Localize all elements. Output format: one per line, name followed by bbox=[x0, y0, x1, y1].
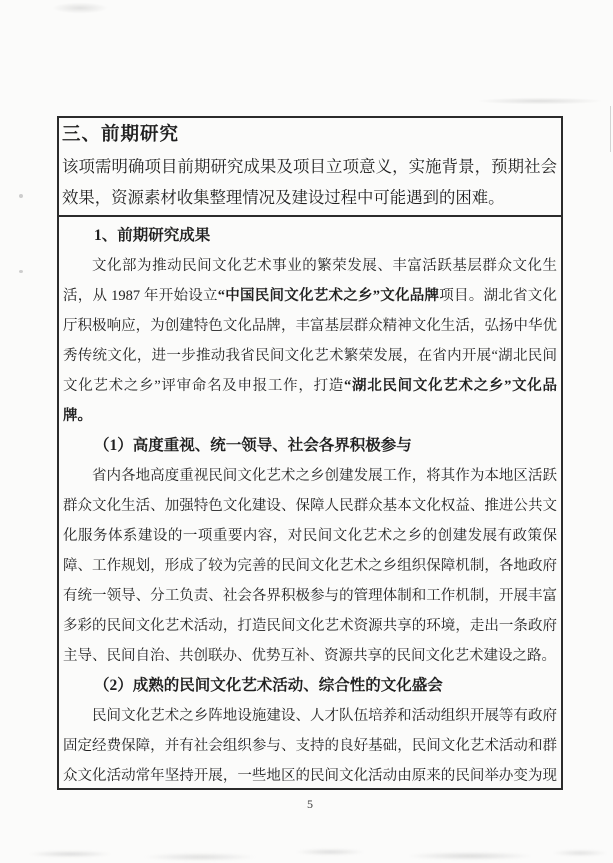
text-run: 民间文化艺术之乡阵地设施建设、人才队伍培养和活动组织开展等有政府固定经费保障，并… bbox=[63, 708, 557, 788]
body-paragraph: 民间文化艺术之乡阵地设施建设、人才队伍培养和活动组织开展等有政府固定经费保障，并… bbox=[63, 701, 557, 788]
subsection-heading: 1、前期研究成果 bbox=[63, 221, 557, 251]
section-body-cell: 1、前期研究成果文化部为推动民间文化艺术事业的繁荣发展、丰富活跃基层群众文化生活… bbox=[59, 217, 561, 788]
subsection-heading: （1）高度重视、统一领导、社会各界积极参与 bbox=[63, 431, 557, 461]
section-title: 三、前期研究 bbox=[62, 120, 557, 151]
section-note: 该项需明确项目前期研究成果及项目立项意义，实施背景，预期社会效果，资源素材收集整… bbox=[62, 151, 557, 213]
scan-artifact-speck bbox=[19, 270, 23, 273]
form-table: 三、前期研究 该项需明确项目前期研究成果及项目立项意义，实施背景，预期社会效果，… bbox=[57, 116, 563, 790]
subsection-heading: （2）成熟的民间文化艺术活动、综合性的文化盛会 bbox=[63, 671, 557, 701]
scan-artifact-speck bbox=[19, 194, 23, 198]
bold-text-run: “中国民间文化艺术之乡”文化品牌 bbox=[218, 288, 440, 304]
scan-artifact-edge-line bbox=[610, 106, 612, 152]
body-paragraph: 文化部为推动民间文化艺术事业的繁荣发展、丰富活跃基层群众文化生活，从 1987 … bbox=[63, 251, 557, 431]
page-number: 5 bbox=[57, 797, 563, 812]
scanned-page: 三、前期研究 该项需明确项目前期研究成果及项目立项意义，实施背景，预期社会效果，… bbox=[0, 0, 613, 863]
text-run: 省内各地高度重视民间文化艺术之乡创建发展工作，将其作为本地区活跃群众文化生活、加… bbox=[63, 468, 557, 664]
body-paragraph: 省内各地高度重视民间文化艺术之乡创建发展工作，将其作为本地区活跃群众文化生活、加… bbox=[63, 461, 557, 671]
scan-artifact-noise-band bbox=[0, 842, 613, 862]
section-header-cell: 三、前期研究 该项需明确项目前期研究成果及项目立项意义，实施背景，预期社会效果，… bbox=[59, 118, 561, 217]
